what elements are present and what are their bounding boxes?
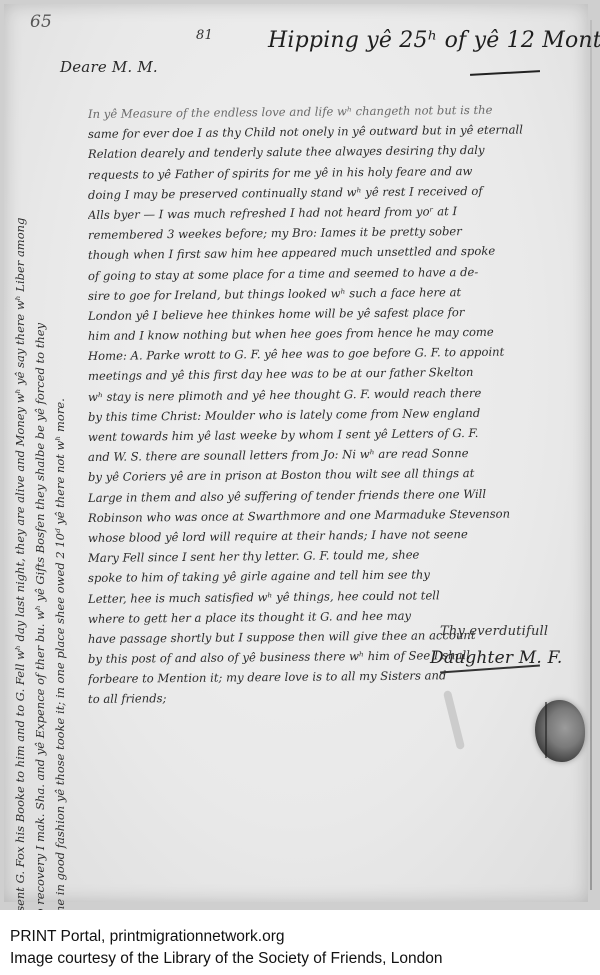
letter-closing: Thy everdutifull [440, 624, 548, 639]
letter-body: In yê Measure of the endless love and li… [88, 104, 583, 710]
margin-note-line: one in good fashion yê those tooke it; i… [50, 220, 70, 910]
margin-note: I sent G. Fox his Booke to him and to G.… [10, 220, 70, 910]
caption-credit: Image courtesy of the Library of the Soc… [10, 948, 600, 970]
body-line: to all friends; [88, 684, 583, 709]
seal-fold-line [545, 702, 547, 758]
caption-source: PRINT Portal, printmigrationnetwork.org [10, 926, 600, 948]
margin-note-line: to recovery I mak. Sha. and yê Expence o… [30, 220, 50, 910]
signature: Daughter M. F. [430, 648, 563, 668]
folio-number: 65 [30, 12, 52, 32]
page-number: 81 [196, 28, 213, 43]
image-caption: PRINT Portal, printmigrationnetwork.org … [10, 926, 600, 970]
dateline: Hipping yê 25ʰ of yê 12 Month 89 [268, 28, 600, 53]
margin-note-line: I sent G. Fox his Booke to him and to G.… [10, 220, 30, 910]
wax-seal-remnant [535, 700, 585, 762]
manuscript-scan: 65 81 Hipping yê 25ʰ of yê 12 Month 89 D… [0, 0, 600, 910]
paper-edge [590, 20, 592, 890]
salutation: Deare M. M. [60, 58, 158, 76]
